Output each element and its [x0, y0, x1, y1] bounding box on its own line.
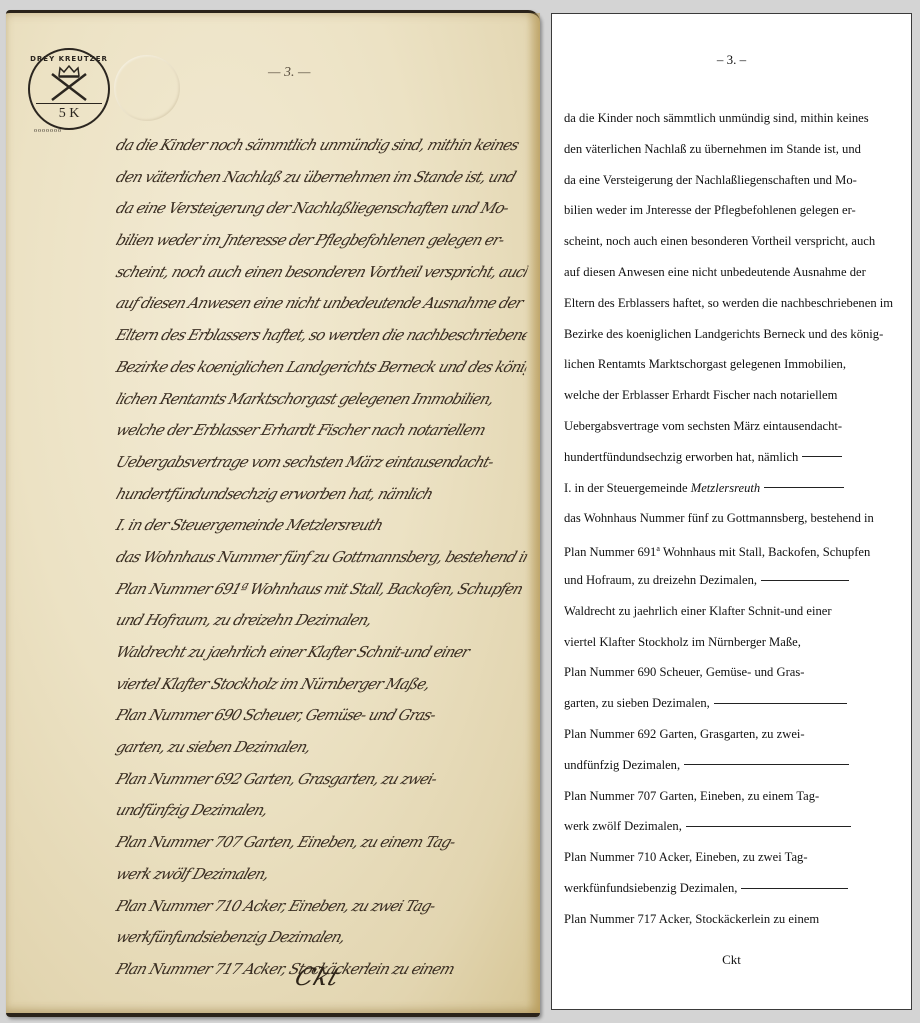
transcription-line-text: Plan Nummer 710 Acker, Eineben, zu zwei …	[564, 850, 808, 864]
manuscript-handwriting: da die Kinder noch sämmtlich unmündig si…	[116, 131, 526, 987]
manuscript-line: werk zwölf Dezimalen,	[111, 860, 531, 892]
manuscript-line-text: auf diesen Anwesen eine nicht unbedeuten…	[114, 294, 525, 312]
manuscript-line: Eltern des Erblassers haftet, so werden …	[111, 321, 531, 353]
transcription-line: auf diesen Anwesen eine nicht unbedeuten…	[564, 264, 909, 295]
transcription-line-text: viertel Klafter Stockholz im Nürnberger …	[564, 635, 801, 649]
fill-rule-line	[764, 487, 844, 488]
manuscript-line-text: Eltern des Erblassers haftet, so werden …	[114, 326, 531, 344]
transcription-line-text: da eine Versteigerung der Nachlaßliegens…	[564, 173, 857, 187]
manuscript-line: Plan Nummer 690 Scheuer, Gemüse- und Gra…	[111, 701, 531, 733]
manuscript-line: Plan Nummer 710 Acker, Eineben, zu zwei …	[111, 892, 531, 924]
manuscript-line-text: I. in der Steuergemeinde Metzlersreuth	[114, 516, 385, 534]
transcription-line-text: werkfünfundsiebenzig Dezimalen,	[564, 881, 737, 895]
transcription-line-text: hundertfündundsechzig erworben hat, näml…	[564, 450, 798, 464]
transcription-line-text: scheint, noch auch einen besonderen Vort…	[564, 234, 875, 248]
manuscript-line: garten, zu sieben Dezimalen,	[111, 733, 531, 765]
manuscript-line: viertel Klafter Stockholz im Nürnberger …	[111, 670, 531, 702]
transcription-line: lichen Rentamts Marktschorgast gelegenen…	[564, 356, 909, 387]
manuscript-line-text: Plan Nummer 690 Scheuer, Gemüse- und Gra…	[114, 706, 438, 724]
manuscript-line-text: undfünfzig Dezimalen,	[114, 801, 270, 819]
transcription-line-text: Waldrecht zu jaehrlich einer Klafter Sch…	[564, 604, 832, 618]
manuscript-line-text: scheint, noch auch einen besonderen Vort…	[114, 263, 531, 281]
manuscript-line-text: und Hofraum, zu dreizehn Dezimalen,	[114, 611, 374, 629]
manuscript-line: scheint, noch auch einen besonderen Vort…	[111, 258, 531, 290]
transcription-line-text: Wohnhaus mit Stall, Backofen, Schupfen	[660, 545, 870, 559]
manuscript-line: Waldrecht zu jaehrlich einer Klafter Sch…	[111, 638, 531, 670]
transcription-line-text: welche der Erblasser Erhardt Fischer nac…	[564, 388, 837, 402]
manuscript-line-text: Bezirke des koeniglichen Landgerichts Be…	[114, 358, 531, 376]
manuscript-line: werkfünfundsiebenzig Dezimalen,	[111, 923, 531, 955]
manuscript-line: hundertfündundsechzig erworben hat, näml…	[111, 480, 531, 512]
transcription-line: hundertfündundsechzig erworben hat, näml…	[564, 449, 909, 480]
transcription-line-text: das Wohnhaus Nummer fünf zu Gottmannsber…	[564, 511, 874, 525]
stamp-divider	[36, 103, 102, 104]
manuscript-line-text: Plan Nummer 691ª Wohnhaus mit Stall, Bac…	[114, 580, 525, 598]
manuscript-line: da eine Versteigerung der Nachlaßliegens…	[111, 194, 531, 226]
manuscript-line-text: hundertfündundsechzig erworben hat, näml…	[114, 485, 435, 503]
manuscript-line-text: Uebergabsvertrage vom sechsten März eint…	[114, 453, 496, 471]
transcription-line: Plan Nummer 692 Garten, Grasgarten, zu z…	[564, 726, 909, 757]
transcription-line: scheint, noch auch einen besonderen Vort…	[564, 233, 909, 264]
manuscript-line-text: Plan Nummer 692 Garten, Grasgarten, zu z…	[114, 770, 439, 788]
transcription-line-text: und Hofraum, zu dreizehn Dezimalen,	[564, 573, 757, 587]
transcription-line: Bezirke des koeniglichen Landgerichts Be…	[564, 326, 909, 357]
crossed-swords-icon	[48, 72, 90, 102]
manuscript-line-text: den väterlichen Nachlaß zu übernehmen im…	[114, 168, 518, 186]
manuscript-line-text: werk zwölf Dezimalen,	[114, 865, 271, 883]
manuscript-line: lichen Rentamts Marktschorgast gelegenen…	[111, 385, 531, 417]
embossed-seal	[114, 55, 180, 121]
transcription-line: welche der Erblasser Erhardt Fischer nac…	[564, 387, 909, 418]
manuscript-line: I. in der Steuergemeinde Metzlersreuth	[111, 511, 531, 543]
transcription-line: undfünfzig Dezimalen,	[564, 757, 909, 788]
fill-rule-line	[802, 456, 842, 457]
place-name: Metzlersreuth	[691, 481, 761, 495]
manuscript-line-text: Plan Nummer 717 Acker, Stockäckerlein zu…	[114, 960, 457, 978]
transcription-line: werkfünfundsiebenzig Dezimalen,	[564, 880, 909, 911]
transcription-page-number: – 3. –	[552, 52, 911, 68]
fill-rule-line	[761, 580, 849, 581]
transcription-line: I. in der Steuergemeinde Metzlersreuth	[564, 480, 909, 511]
manuscript-line: Plan Nummer 707 Garten, Eineben, zu eine…	[111, 828, 531, 860]
transcription-line-text: Plan Nummer 691	[564, 545, 656, 559]
transcription-line-text: Eltern des Erblassers haftet, so werden …	[564, 296, 893, 310]
transcription-line-text: Plan Nummer 707 Garten, Eineben, zu eine…	[564, 789, 819, 803]
transcription-line: bilien weder im Jnteresse der Pflegbefoh…	[564, 202, 909, 233]
transcription-line-text: lichen Rentamts Marktschorgast gelegenen…	[564, 357, 846, 371]
fill-rule-line	[686, 826, 851, 827]
manuscript-line-text: das Wohnhaus Nummer fünf zu Gottmannsber…	[114, 548, 531, 566]
tax-stamp-icon: DREY KREUTZER 5 K	[28, 48, 110, 130]
manuscript-line: welche der Erblasser Erhardt Fischer nac…	[111, 416, 531, 448]
transcription-line: Uebergabsvertrage vom sechsten März eint…	[564, 418, 909, 449]
transcription-line: Eltern des Erblassers haftet, so werden …	[564, 295, 909, 326]
manuscript-line: Uebergabsvertrage vom sechsten März eint…	[111, 448, 531, 480]
transcription-line-text: Plan Nummer 717 Acker, Stockäckerlein zu…	[564, 912, 819, 926]
manuscript-line: auf diesen Anwesen eine nicht unbedeuten…	[111, 289, 531, 321]
transcription-line-text: werk zwölf Dezimalen,	[564, 819, 682, 833]
transcription-line: Plan Nummer 707 Garten, Eineben, zu eine…	[564, 788, 909, 819]
stamp-dots: ooooooo	[34, 128, 62, 134]
manuscript-line-text: Plan Nummer 707 Garten, Eineben, zu eine…	[114, 833, 458, 851]
transcription-line: da die Kinder noch sämmtlich unmündig si…	[564, 110, 909, 141]
transcription-line: viertel Klafter Stockholz im Nürnberger …	[564, 634, 909, 665]
stamp-label: DREY KREUTZER	[30, 55, 108, 63]
manuscript-line-text: da die Kinder noch sämmtlich unmündig si…	[114, 136, 521, 154]
manuscript-line: da die Kinder noch sämmtlich unmündig si…	[111, 131, 531, 163]
transcription-line: Plan Nummer 717 Acker, Stockäckerlein zu…	[564, 911, 909, 942]
manuscript-line-text: da eine Versteigerung der Nachlaßliegens…	[114, 199, 511, 217]
transcription-line: da eine Versteigerung der Nachlaßliegens…	[564, 172, 909, 203]
manuscript-page-number: — 3. —	[268, 65, 310, 81]
transcription-line-text: bilien weder im Jnteresse der Pflegbefoh…	[564, 203, 856, 217]
manuscript-line-text: werkfünfundsiebenzig Dezimalen,	[114, 928, 348, 946]
fill-rule-line	[684, 764, 849, 765]
manuscript-line: Plan Nummer 692 Garten, Grasgarten, zu z…	[111, 765, 531, 797]
transcription-line: Plan Nummer 710 Acker, Eineben, zu zwei …	[564, 849, 909, 880]
manuscript-line: und Hofraum, zu dreizehn Dezimalen,	[111, 606, 531, 638]
transcription-line-text: da die Kinder noch sämmtlich unmündig si…	[564, 111, 869, 125]
manuscript-line-text: Plan Nummer 710 Acker, Eineben, zu zwei …	[114, 897, 438, 915]
manuscript-page: DREY KREUTZER 5 K ooooooo — 3. — da die …	[6, 10, 540, 1017]
transcription-line-text: Uebergabsvertrage vom sechsten März eint…	[564, 419, 842, 433]
manuscript-line-text: bilien weder im Jnteresse der Pflegbefoh…	[114, 231, 507, 249]
transcription-line: Plan Nummer 690 Scheuer, Gemüse- und Gra…	[564, 664, 909, 695]
manuscript-line-text: lichen Rentamts Marktschorgast gelegenen…	[114, 390, 496, 408]
transcription-line: werk zwölf Dezimalen,	[564, 818, 909, 849]
manuscript-line-text: welche der Erblasser Erhardt Fischer nac…	[114, 421, 488, 439]
manuscript-line: Plan Nummer 691ª Wohnhaus mit Stall, Bac…	[111, 575, 531, 607]
transcription-line-text: Bezirke des koeniglichen Landgerichts Be…	[564, 327, 883, 341]
manuscript-line-text: Waldrecht zu jaehrlich einer Klafter Sch…	[114, 643, 472, 661]
transcription-footer: Ckt	[552, 952, 911, 968]
manuscript-line-text: viertel Klafter Stockholz im Nürnberger …	[114, 675, 432, 693]
transcription-page: – 3. – da die Kinder noch sämmtlich unmü…	[551, 13, 912, 1010]
transcription-line: Plan Nummer 691a Wohnhaus mit Stall, Bac…	[564, 541, 909, 572]
transcription-line: garten, zu sieben Dezimalen,	[564, 695, 909, 726]
manuscript-line: das Wohnhaus Nummer fünf zu Gottmannsber…	[111, 543, 531, 575]
transcription-text: da die Kinder noch sämmtlich unmündig si…	[564, 110, 909, 942]
manuscript-signature: Ckt	[291, 963, 344, 991]
manuscript-line: undfünfzig Dezimalen,	[111, 796, 531, 828]
manuscript-line: den väterlichen Nachlaß zu übernehmen im…	[111, 163, 531, 195]
manuscript-line-text: garten, zu sieben Dezimalen,	[114, 738, 313, 756]
manuscript-line: bilien weder im Jnteresse der Pflegbefoh…	[111, 226, 531, 258]
transcription-line-text: undfünfzig Dezimalen,	[564, 758, 680, 772]
stamp-value: 5 K	[30, 106, 108, 122]
transcription-line: den väterlichen Nachlaß zu übernehmen im…	[564, 141, 909, 172]
transcription-line-text: den väterlichen Nachlaß zu übernehmen im…	[564, 142, 861, 156]
transcription-line-text: I. in der Steuergemeinde	[564, 481, 691, 495]
fill-rule-line	[741, 888, 848, 889]
transcription-line: Waldrecht zu jaehrlich einer Klafter Sch…	[564, 603, 909, 634]
transcription-line-text: auf diesen Anwesen eine nicht unbedeuten…	[564, 265, 866, 279]
transcription-line-text: Plan Nummer 690 Scheuer, Gemüse- und Gra…	[564, 665, 804, 679]
transcription-line-text: garten, zu sieben Dezimalen,	[564, 696, 710, 710]
transcription-line: das Wohnhaus Nummer fünf zu Gottmannsber…	[564, 510, 909, 541]
fill-rule-line	[714, 703, 847, 704]
transcription-line-text: Plan Nummer 692 Garten, Grasgarten, zu z…	[564, 727, 805, 741]
transcription-line: und Hofraum, zu dreizehn Dezimalen,	[564, 572, 909, 603]
manuscript-line: Bezirke des koeniglichen Landgerichts Be…	[111, 353, 531, 385]
